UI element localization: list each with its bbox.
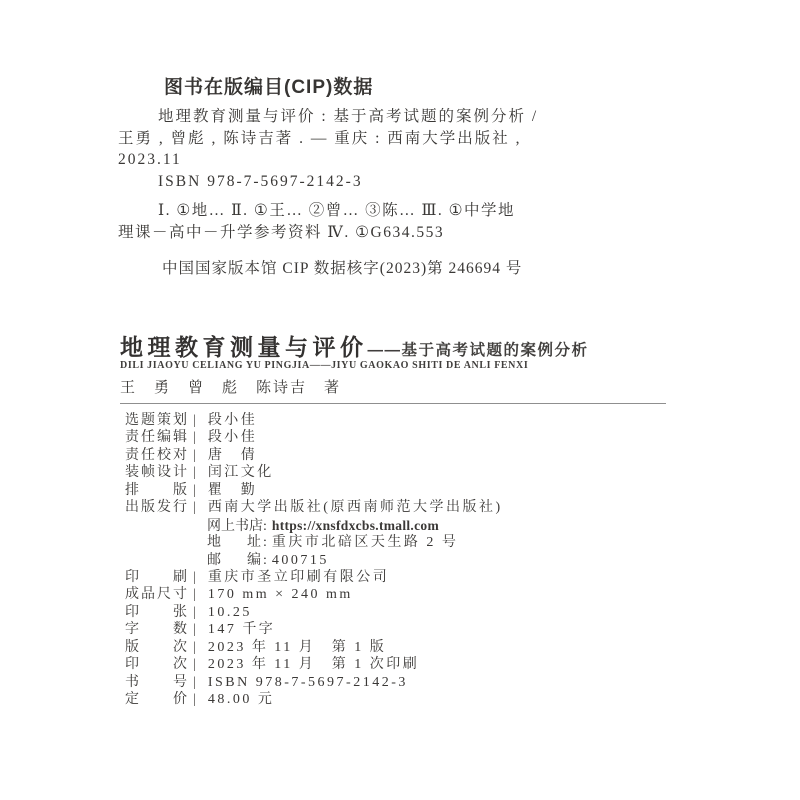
cip-description-line: 2023.11 bbox=[118, 149, 618, 171]
colophon-row-impression: 印次 | 2023 年 11 月 第 1 次印刷 bbox=[125, 656, 685, 673]
colophon-separator: | bbox=[193, 674, 196, 691]
colophon-value: 170 mm × 240 mm bbox=[208, 586, 353, 603]
divider-rule bbox=[120, 403, 666, 404]
authors-line: 王 勇 曾 彪 陈诗吉 著 bbox=[120, 376, 341, 397]
colophon-sublabel: 网上书店 bbox=[207, 518, 261, 535]
colophon-value: 重庆市北碚区天生路 2 号 bbox=[272, 534, 459, 551]
colophon-value: 瞿 勤 bbox=[208, 482, 258, 499]
colophon-separator: : bbox=[263, 518, 267, 535]
colophon-row-design: 装帧设计 | 闰江文化 bbox=[125, 464, 685, 481]
colophon-value: 2023 年 11 月 第 1 版 bbox=[208, 639, 386, 656]
colophon-value: 西南大学出版社(原西南师范大学出版社) bbox=[208, 499, 503, 516]
colophon-row-sheets: 印张 | 10.25 bbox=[125, 604, 685, 621]
colophon-separator: | bbox=[193, 429, 196, 446]
cip-classification: Ⅰ. ①地… Ⅱ. ①王… ②曾… ③陈… Ⅲ. ①中学地 理课－高中－升学参考… bbox=[118, 200, 618, 243]
cip-heading: 图书在版编目(CIP)数据 bbox=[164, 72, 373, 99]
book-title: 地理教育测量与评价 bbox=[120, 334, 368, 360]
colophon-store-url: https://xnsfdxcbs.tmall.com bbox=[272, 517, 439, 534]
colophon-value: 唐 倩 bbox=[208, 447, 258, 464]
cip-description: 地理教育测量与评价 : 基于高考试题的案例分析 / 王勇 , 曾彪 , 陈诗吉著… bbox=[118, 106, 618, 192]
colophon-value: 400715 bbox=[272, 552, 329, 569]
colophon-value: 段小佳 bbox=[208, 412, 258, 429]
colophon: 选题策划 | 段小佳 责任编辑 | 段小佳 责任校对 | 唐 倩 装帧设计 | … bbox=[125, 412, 685, 708]
colophon-row-proofreader: 责任校对 | 唐 倩 bbox=[125, 447, 685, 464]
cip-classification-line: Ⅰ. ①地… Ⅱ. ①王… ②曾… ③陈… Ⅲ. ①中学地 bbox=[118, 200, 618, 222]
colophon-value: 闰江文化 bbox=[208, 464, 274, 481]
colophon-row-responsible-editor: 责任编辑 | 段小佳 bbox=[125, 429, 685, 446]
cip-description-line: 地理教育测量与评价 : 基于高考试题的案例分析 / bbox=[118, 106, 618, 128]
colophon-value: 48.00 元 bbox=[208, 691, 275, 708]
colophon-value: 10.25 bbox=[208, 604, 252, 621]
colophon-separator: | bbox=[193, 604, 196, 621]
colophon-separator: | bbox=[193, 656, 196, 673]
colophon-row-address: 地址 : 重庆市北碚区天生路 2 号 bbox=[125, 534, 685, 551]
colophon-label: 印次 bbox=[125, 656, 187, 673]
colophon-value: 重庆市圣立印刷有限公司 bbox=[208, 569, 390, 586]
colophon-separator: | bbox=[193, 639, 196, 656]
colophon-separator: : bbox=[263, 534, 267, 551]
colophon-row-topic-planner: 选题策划 | 段小佳 bbox=[125, 412, 685, 429]
colophon-label: 印刷 bbox=[125, 569, 187, 586]
colophon-sublabel: 邮编 bbox=[207, 552, 261, 569]
colophon-row-word-count: 字数 | 147 千字 bbox=[125, 621, 685, 638]
colophon-separator: | bbox=[193, 447, 196, 464]
cip-classification-line: 理课－高中－升学参考资料 Ⅳ. ①G634.553 bbox=[118, 222, 618, 244]
colophon-value: 段小佳 bbox=[208, 429, 258, 446]
colophon-separator: | bbox=[193, 499, 196, 516]
colophon-row-isbn: 书号 | ISBN 978-7-5697-2142-3 bbox=[125, 674, 685, 691]
colophon-separator: | bbox=[193, 586, 196, 603]
colophon-label: 字数 bbox=[125, 621, 187, 638]
colophon-separator: | bbox=[193, 569, 196, 586]
colophon-label: 成品尺寸 bbox=[125, 586, 187, 603]
colophon-row-publisher: 出版发行 | 西南大学出版社(原西南师范大学出版社) bbox=[125, 499, 685, 516]
colophon-separator: | bbox=[193, 482, 196, 499]
colophon-row-postcode: 邮编 : 400715 bbox=[125, 552, 685, 569]
cip-description-line: 王勇 , 曾彪 , 陈诗吉著 . — 重庆 : 西南大学出版社 , bbox=[118, 128, 618, 150]
colophon-sublabel: 地址 bbox=[207, 534, 261, 551]
copyright-page: 图书在版编目(CIP)数据 地理教育测量与评价 : 基于高考试题的案例分析 / … bbox=[0, 0, 800, 800]
colophon-label: 印张 bbox=[125, 604, 187, 621]
colophon-separator: | bbox=[193, 412, 196, 429]
book-title-line: 地理教育测量与评价——基于高考试题的案例分析 bbox=[120, 329, 680, 362]
colophon-value: 2023 年 11 月 第 1 次印刷 bbox=[208, 656, 419, 673]
cip-isbn-line: ISBN 978-7-5697-2142-3 bbox=[118, 171, 618, 193]
colophon-separator: | bbox=[193, 464, 196, 481]
book-title-pinyin: DILI JIAOYU CELIANG YU PINGJIA——JIYU GAO… bbox=[120, 360, 528, 371]
colophon-label: 排版 bbox=[125, 482, 187, 499]
colophon-value: 147 千字 bbox=[208, 621, 276, 638]
colophon-separator: : bbox=[263, 552, 267, 569]
colophon-label: 书号 bbox=[125, 674, 187, 691]
book-subtitle: ——基于高考试题的案例分析 bbox=[368, 342, 589, 359]
colophon-label: 版次 bbox=[125, 639, 187, 656]
colophon-label: 装帧设计 bbox=[125, 464, 187, 481]
colophon-row-online-store: 网上书店 : https://xnsfdxcbs.tmall.com bbox=[125, 517, 685, 534]
colophon-label: 定价 bbox=[125, 691, 187, 708]
colophon-row-trim-size: 成品尺寸 | 170 mm × 240 mm bbox=[125, 586, 685, 603]
colophon-row-printer: 印刷 | 重庆市圣立印刷有限公司 bbox=[125, 569, 685, 586]
colophon-row-price: 定价 | 48.00 元 bbox=[125, 691, 685, 708]
colophon-row-typesetting: 排版 | 瞿 勤 bbox=[125, 482, 685, 499]
colophon-label: 出版发行 bbox=[125, 499, 187, 516]
colophon-value: ISBN 978-7-5697-2142-3 bbox=[208, 674, 408, 691]
colophon-label: 责任编辑 bbox=[125, 429, 187, 446]
colophon-label: 责任校对 bbox=[125, 447, 187, 464]
cip-record-number: 中国国家版本馆 CIP 数据核字(2023)第 246694 号 bbox=[162, 256, 522, 278]
colophon-label: 选题策划 bbox=[125, 412, 187, 429]
colophon-row-edition: 版次 | 2023 年 11 月 第 1 版 bbox=[125, 639, 685, 656]
colophon-separator: | bbox=[193, 621, 196, 638]
colophon-separator: | bbox=[193, 691, 196, 708]
